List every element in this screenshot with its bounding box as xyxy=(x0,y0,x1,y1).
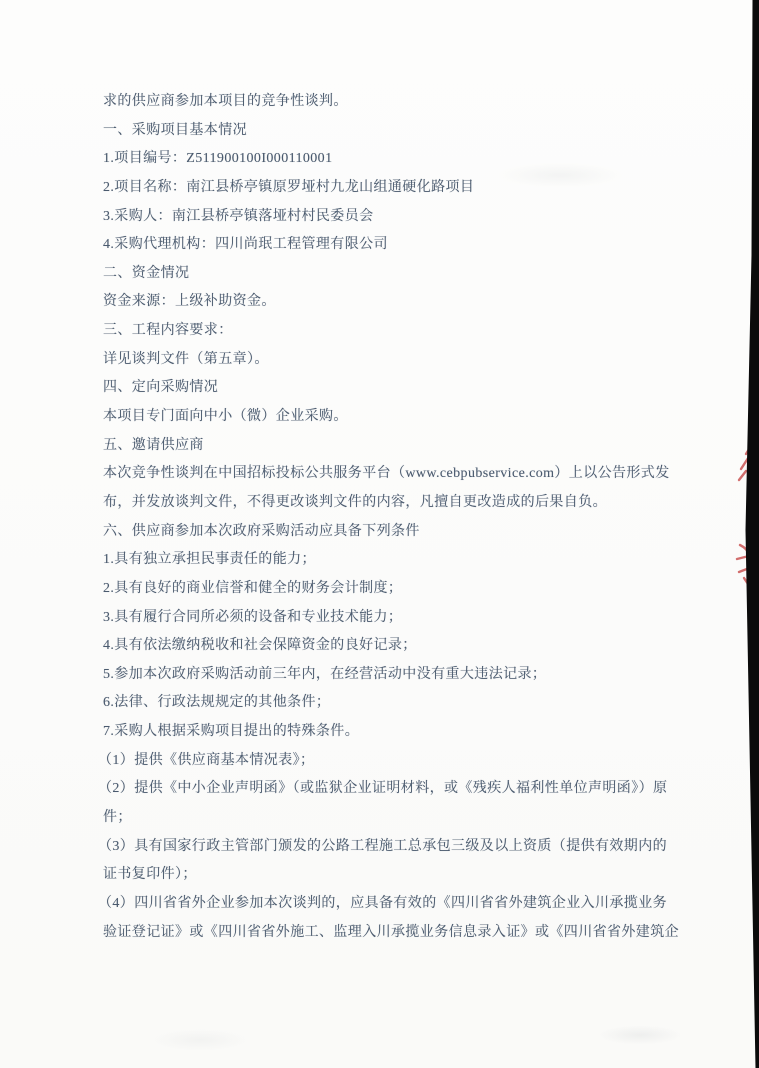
doc-line-project-name: 2.项目名称：南江县桥亭镇原罗垭村九龙山组通硬化路项目 xyxy=(103,174,663,203)
doc-line: 资金来源：上级补助资金。 xyxy=(103,288,663,317)
section-heading: 四、定向采购情况 xyxy=(103,374,663,403)
section-heading: 一、采购项目基本情况 xyxy=(103,117,663,146)
doc-line-condition: 2.具有良好的商业信誉和健全的财务会计制度； xyxy=(103,575,663,604)
doc-line-project-number: 1.项目编号：Z511900100I000110001 xyxy=(103,145,663,174)
doc-line-condition: 4.具有依法缴纳税收和社会保障资金的良好记录； xyxy=(103,632,663,661)
doc-line: 详见谈判文件（第五章）。 xyxy=(103,346,663,375)
section-heading: 五、邀请供应商 xyxy=(103,432,663,461)
document-text-block: 求的供应商参加本项目的竞争性谈判。 一、采购项目基本情况 1.项目编号：Z511… xyxy=(103,88,663,947)
doc-line-condition: 7.采购人根据采购项目提出的特殊条件。 xyxy=(103,718,663,747)
section-heading: 三、工程内容要求： xyxy=(103,317,663,346)
doc-line: 求的供应商参加本项目的竞争性谈判。 xyxy=(103,88,663,117)
doc-line-agency: 4.采购代理机构：四川尚珉工程管理有限公司 xyxy=(103,231,663,260)
doc-line-condition: 3.具有履行合同所必须的设备和专业技术能力； xyxy=(103,604,663,633)
section-heading: 六、供应商参加本次政府采购活动应具备下列条件 xyxy=(103,518,663,547)
doc-line-condition: 5.参加本次政府采购活动前三年内，在经营活动中没有重大违法记录； xyxy=(103,661,663,690)
doc-line-special-condition: （1）提供《供应商基本情况表》； xyxy=(98,747,663,776)
doc-line-special-condition: （4）四川省省外企业参加本次谈判的，应具备有效的《四川省省外建筑企业入川承揽业务 xyxy=(98,890,663,919)
seal-strokes xyxy=(737,438,756,584)
doc-line-special-condition: （3）具有国家行政主管部门颁发的公路工程施工总承包三级及以上资质（提供有效期内的 xyxy=(98,833,663,862)
document-page: 求的供应商参加本项目的竞争性谈判。 一、采购项目基本情况 1.项目编号：Z511… xyxy=(0,0,759,1068)
doc-line: 本次竞争性谈判在中国招标投标公共服务平台（www.cebpubservice.c… xyxy=(103,460,663,489)
doc-line: 布，并发放谈判文件，不得更改谈判文件的内容，凡擅自更改造成的后果自负。 xyxy=(103,489,663,518)
doc-line-special-condition: （2）提供《中小企业声明函》（或监狱企业证明材料，或《残疾人福利性单位声明函》）… xyxy=(98,775,663,804)
doc-line: 证书复印件）； xyxy=(103,861,663,890)
doc-line: 验证登记证》或《四川省省外施工、监理入川承揽业务信息录入证》或《四川省省外建筑企 xyxy=(103,919,663,948)
doc-line-condition: 1.具有独立承担民事责任的能力； xyxy=(103,546,663,575)
scan-edge-bar xyxy=(746,0,759,1068)
doc-line: 件； xyxy=(103,804,663,833)
red-seal-fragment xyxy=(719,425,759,595)
doc-line-condition: 6.法律、行政法规规定的其他条件； xyxy=(103,689,663,718)
section-heading: 二、资金情况 xyxy=(103,260,663,289)
doc-line-purchaser: 3.采购人：南江县桥亭镇落垭村村民委员会 xyxy=(103,203,663,232)
doc-line: 本项目专门面向中小（微）企业采购。 xyxy=(103,403,663,432)
